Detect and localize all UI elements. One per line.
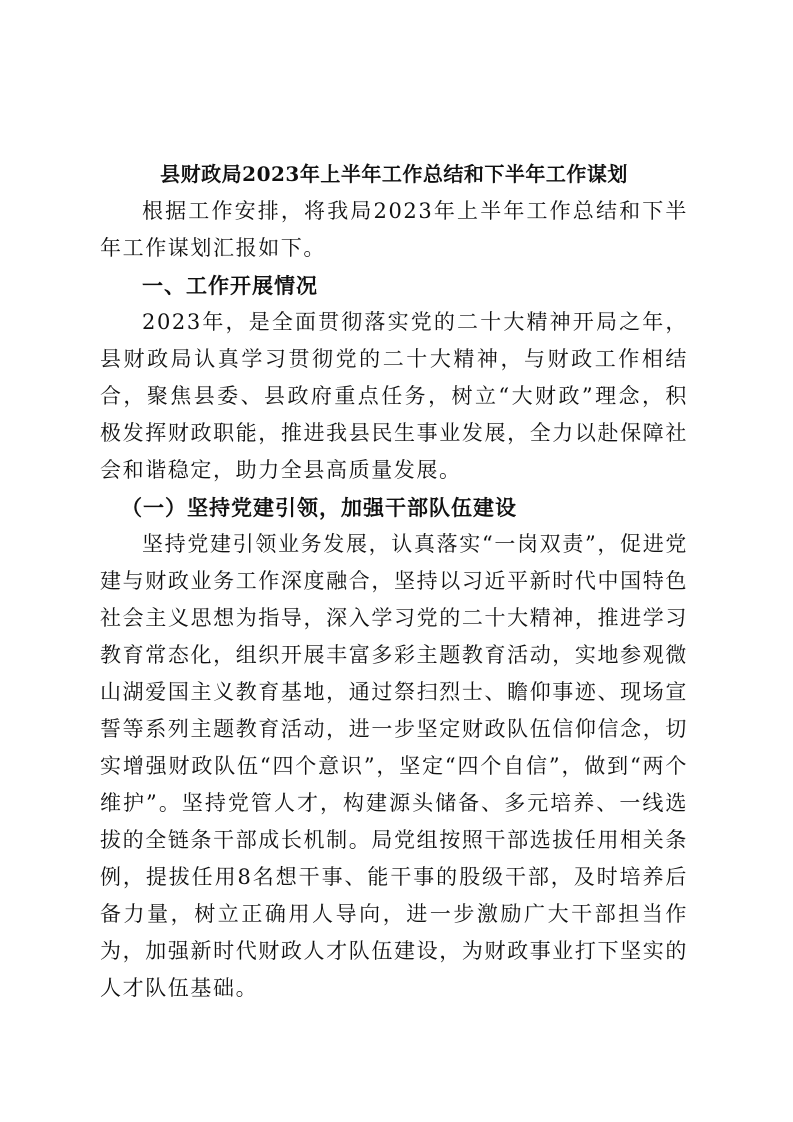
section-body-paragraph: 2023年，是全面贯彻落实党的二十大精神开局之年，县财政局认真学习贯彻党的二十大… [100,304,688,489]
subsection-heading: （一）坚持党建引领，加强干部队伍建设 [100,489,688,526]
document-page: 县财政局2023年上半年工作总结和下半年工作谋划 根据工作安排，将我局2023年… [100,156,688,1007]
section-heading: 一、工作开展情况 [100,267,688,304]
subsection-body-paragraph: 坚持党建引领业务发展，认真落实“一岗双责”，促进党建与财政业务工作深度融合，坚持… [100,526,688,1007]
intro-paragraph: 根据工作安排，将我局2023年上半年工作总结和下半年工作谋划汇报如下。 [100,193,688,267]
document-title: 县财政局2023年上半年工作总结和下半年工作谋划 [100,156,688,193]
